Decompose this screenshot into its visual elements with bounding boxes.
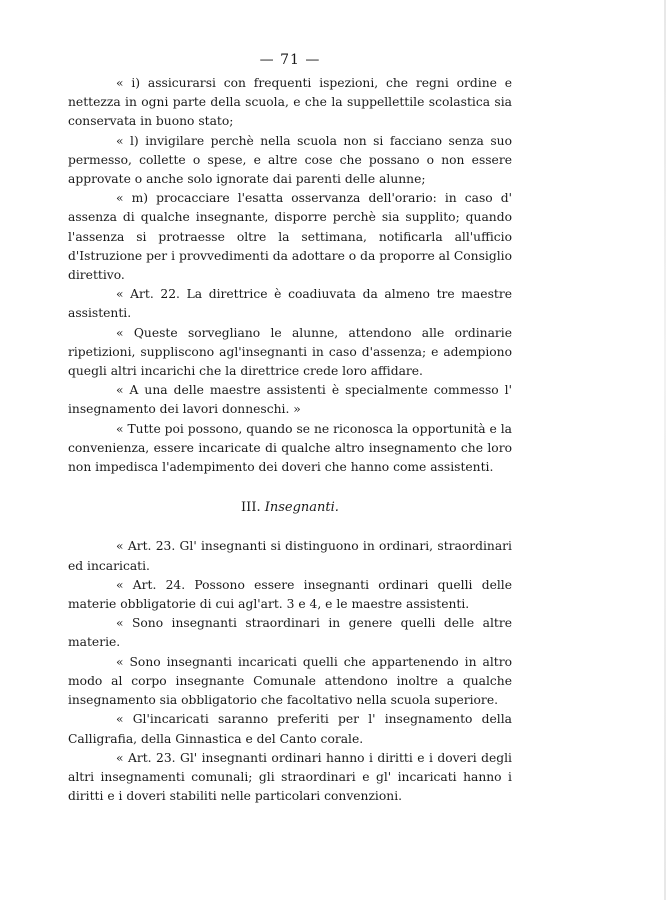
paragraph: « Gl'incaricati saranno preferiti per l'…	[68, 710, 512, 748]
section-number: III.	[241, 500, 261, 515]
paragraph: « Sono insegnanti incaricati quelli che …	[68, 653, 512, 711]
page-number: — 71 —	[68, 52, 512, 74]
paragraph: « Art. 22. La direttrice è coadiuvata da…	[68, 285, 512, 323]
paragraph: « Art. 24. Possono essere insegnanti ord…	[68, 576, 512, 614]
paragraph: « Art. 23. Gl' insegnanti si distinguono…	[68, 537, 512, 575]
paragraph: « Tutte poi possono, quando se ne ricono…	[68, 420, 512, 478]
paragraph: « Queste sorvegliano le alunne, attendon…	[68, 324, 512, 382]
page-edge	[664, 0, 666, 900]
section-heading: III. Insegnanti.	[68, 498, 512, 517]
paragraph: « m) procacciare l'esatta osservanza del…	[68, 189, 512, 285]
document-page: — 71 — « i) assicurarsi con frequenti is…	[68, 52, 512, 806]
paragraph: « Sono insegnanti straordinari in genere…	[68, 614, 512, 652]
paragraph: « Art. 23. Gl' insegnanti ordinari hanno…	[68, 749, 512, 807]
section-title: Insegnanti.	[265, 500, 339, 515]
body-text: « i) assicurarsi con frequenti ispezioni…	[68, 74, 512, 806]
paragraph: « i) assicurarsi con frequenti ispezioni…	[68, 74, 512, 132]
paragraph: « l) invigilare perchè nella scuola non …	[68, 132, 512, 190]
paragraph: « A una delle maestre assistenti è speci…	[68, 381, 512, 419]
